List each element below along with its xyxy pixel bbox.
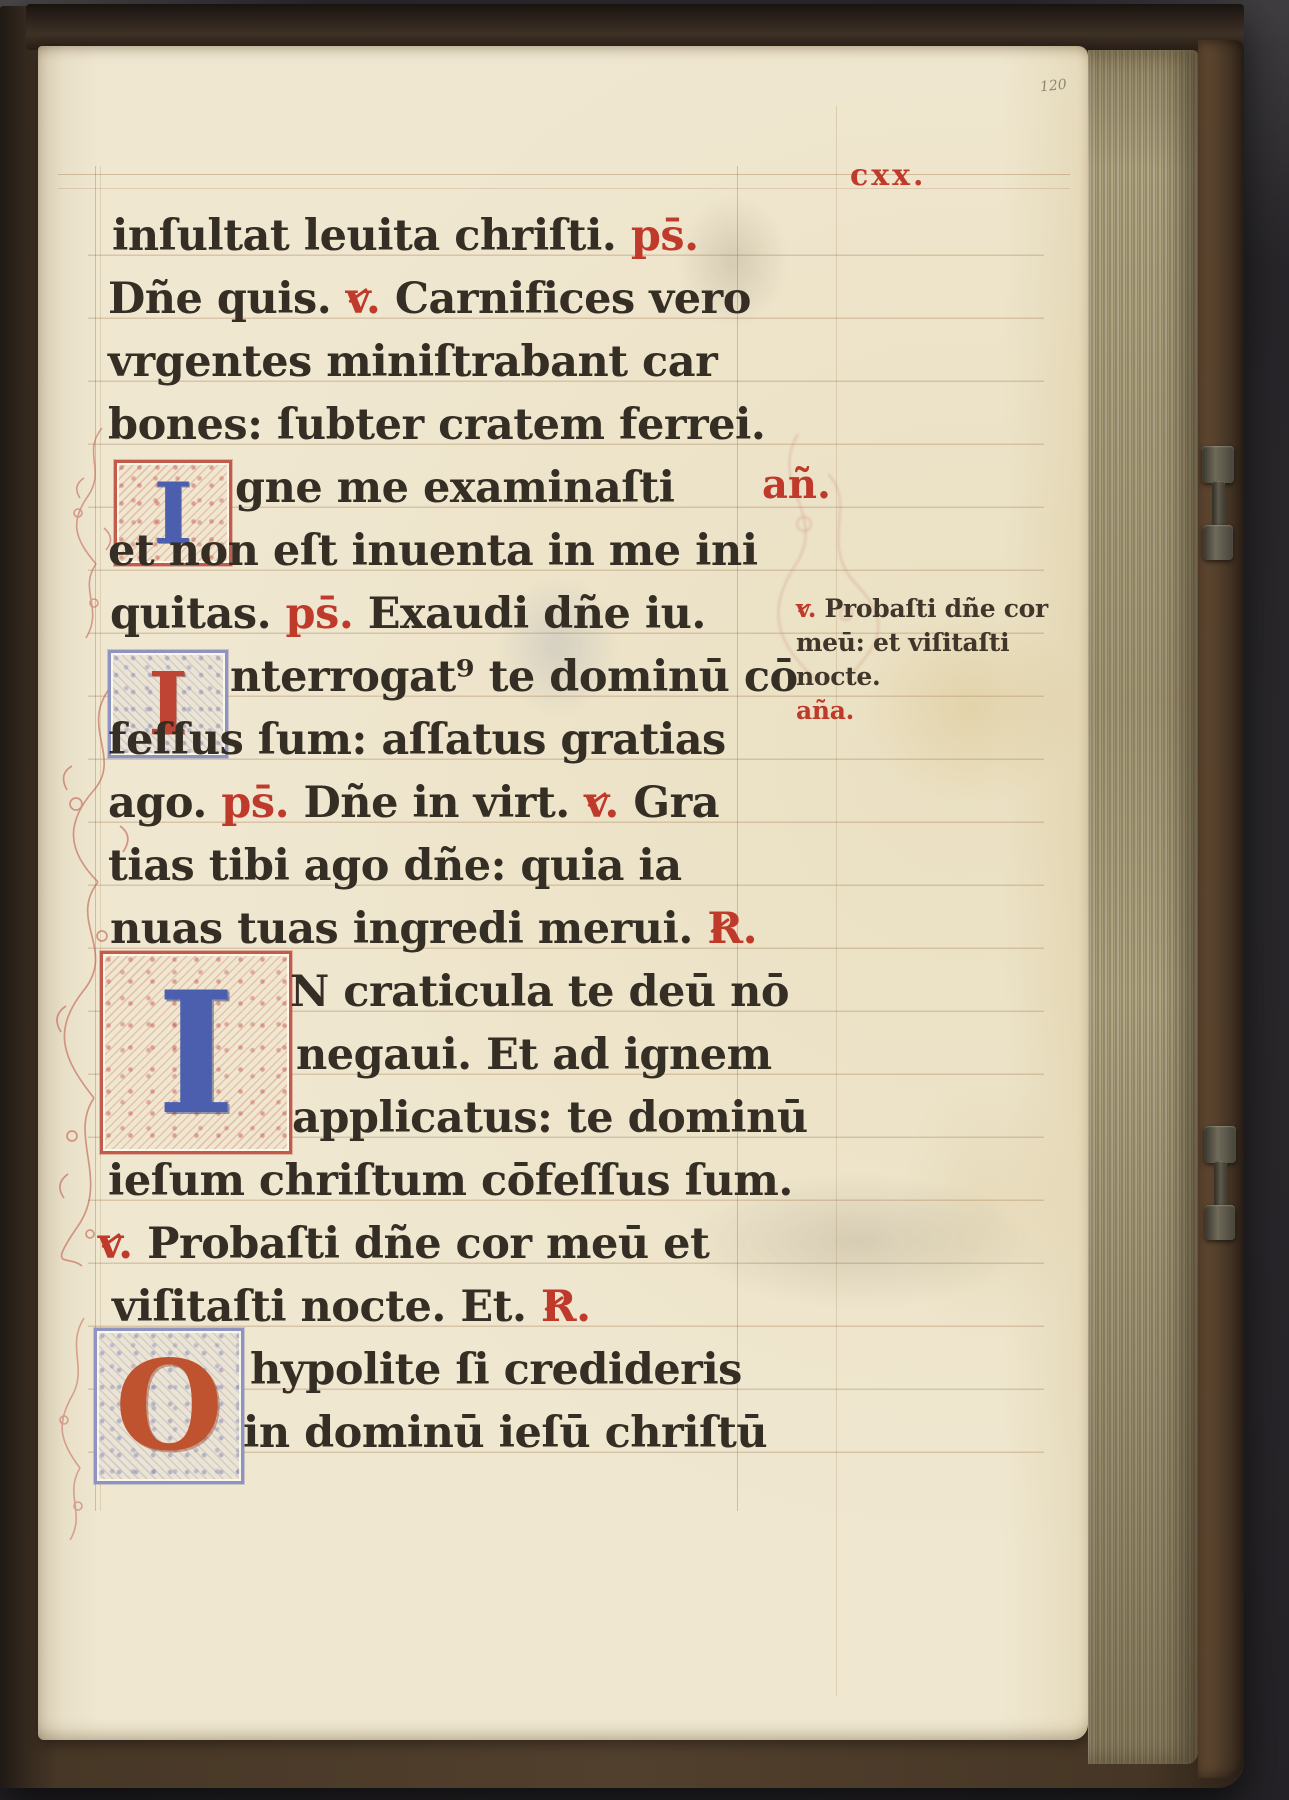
response-mark: R. [541, 1276, 591, 1339]
text-segment: nterrogat⁹ te dominū cō [230, 652, 798, 702]
text-line: inſultat leuita chriſti. ps̄. [112, 205, 699, 268]
rubric-ps: ps̄. [286, 589, 354, 639]
text-line: tias tibi ago dñe: quia ia [108, 835, 682, 898]
text-segment: N craticula te deū nō [290, 967, 789, 1017]
text-segment: vrgentes miniſtrabant car [108, 337, 717, 387]
rubric-ps: ps̄. [221, 778, 289, 828]
text-segment: et non eſt inuenta in me ini [108, 526, 758, 576]
clasp-knob [1204, 1126, 1236, 1163]
text-segment: applicatus: te dominū [292, 1093, 808, 1143]
text-segment: Carnifices vero [380, 274, 751, 324]
clasp-knob [1202, 446, 1234, 483]
fore-edge-pages [1088, 50, 1198, 1764]
marginal-addition: v. Probaſti dñe cor meū: et viſitaſti no… [796, 592, 1088, 728]
decorated-initial-I-panel-large: I [100, 951, 292, 1154]
clasp-bar [1212, 481, 1225, 527]
text-line: nuas tuas ingredi merui. R. [110, 898, 757, 961]
text-segment: inſultat leuita chriſti. [112, 211, 631, 261]
text-line: vrgentes miniſtrabant car [108, 331, 717, 394]
text-segment: ieſum chriſtum cōfeſſus ſum. [108, 1156, 793, 1206]
text-line: negaui. Et ad ignem [296, 1024, 772, 1087]
clasp-bar [1214, 1161, 1227, 1207]
text-segment: ago. [108, 778, 221, 828]
rubric-ps: ps̄. [631, 211, 699, 261]
right-cover-edge [1198, 40, 1244, 1778]
text-line: quitas. ps̄. Exaudi dñe iu. [110, 583, 706, 646]
text-segment: bones: ſubter cratem ferrei. [108, 400, 765, 450]
fore-edge-shading [1088, 50, 1198, 1764]
pencil-foliation: 120 [1039, 77, 1067, 96]
marginal-line: meū: et viſitaſti nocte. [796, 626, 1088, 694]
text-line: bones: ſubter cratem ferrei. [108, 394, 765, 457]
decorated-initial-O-panel: O [94, 1328, 244, 1484]
parchment-stain [898, 1066, 1078, 1346]
text-line: Dñe quis. v. Carnifices vero [108, 268, 751, 331]
text-line: N craticula te deū nō [290, 961, 789, 1024]
text-segment: Dñe in virt. [289, 778, 584, 828]
text-segment: gne me examinaſti [235, 463, 675, 513]
manuscript-page: 120 cxx. [38, 46, 1088, 1740]
clasp-knob [1203, 525, 1233, 560]
text-line: nterrogat⁹ te dominū cō [230, 646, 798, 709]
versicle-mark: v. [98, 1213, 133, 1276]
text-segment: negaui. Et ad ignem [296, 1030, 772, 1080]
initial-letter-O: O [115, 1334, 223, 1479]
ruling-right-margin [737, 166, 738, 1511]
manuscript-photo: 120 cxx. [0, 0, 1289, 1800]
text-segment: Exaudi dñe iu. [353, 589, 706, 639]
text-line: v. Probaſti dñe cor meū et [98, 1213, 709, 1276]
text-line: et non eſt inuenta in me ini [108, 520, 758, 583]
versicle-mark: v. [796, 592, 816, 626]
text-segment: hypolite ſi credideris [250, 1345, 742, 1395]
text-segment: nuas tuas ingredi merui. [110, 904, 707, 954]
ruling-outer-margin [836, 106, 837, 1696]
initial-letter-I-large: I [157, 954, 236, 1152]
text-segment: feſſus ſum: aſſatus gratias [108, 715, 726, 765]
text-line: feſſus ſum: aſſatus gratias [108, 709, 726, 772]
text-segment: Probaſti dñe cor meū et [133, 1219, 710, 1269]
marginal-line: aña. [796, 694, 1088, 728]
text-line: viſitaſti nocte. Et. R. [112, 1276, 591, 1339]
text-segment: meū: et viſitaſti nocte. [796, 628, 1009, 691]
clasp-knob [1205, 1205, 1235, 1240]
clasp-top [1202, 446, 1234, 560]
ruling-left-margin-2 [100, 166, 101, 1511]
antiphon-cue: añ. [762, 461, 831, 508]
text-segment: in dominū ieſū chriſtū [243, 1408, 767, 1458]
book-top-edge [26, 4, 1244, 50]
text-line: gne me examinaſti [235, 457, 675, 520]
text-line: ieſum chriſtum cōfeſſus ſum. [108, 1150, 793, 1213]
marginal-line: v. Probaſti dñe cor [796, 592, 1088, 626]
text-segment: Probaſti dñe cor [816, 594, 1048, 623]
text-segment: Gra [619, 778, 719, 828]
clasp-bottom [1204, 1126, 1236, 1240]
text-line: hypolite ſi credideris [250, 1339, 742, 1402]
ruling-left-margin [95, 166, 96, 1511]
text-line: in dominū ieſū chriſtū [243, 1402, 767, 1465]
text-segment: viſitaſti nocte. Et. [112, 1282, 541, 1332]
text-segment: quitas. [110, 589, 286, 639]
folio-number: cxx. [850, 158, 926, 193]
versicle-mark: v. [346, 268, 381, 331]
text-line: ago. ps̄. Dñe in virt. v. Gra [108, 772, 719, 835]
versicle-mark: v. [584, 772, 619, 835]
rubric-antiphon: aña. [796, 696, 854, 725]
text-segment: Dñe quis. [108, 274, 346, 324]
text-segment: tias tibi ago dñe: quia ia [108, 841, 682, 891]
penwork-flourish [44, 1310, 100, 1546]
text-line: applicatus: te dominū [292, 1087, 808, 1150]
response-mark: R. [707, 898, 757, 961]
